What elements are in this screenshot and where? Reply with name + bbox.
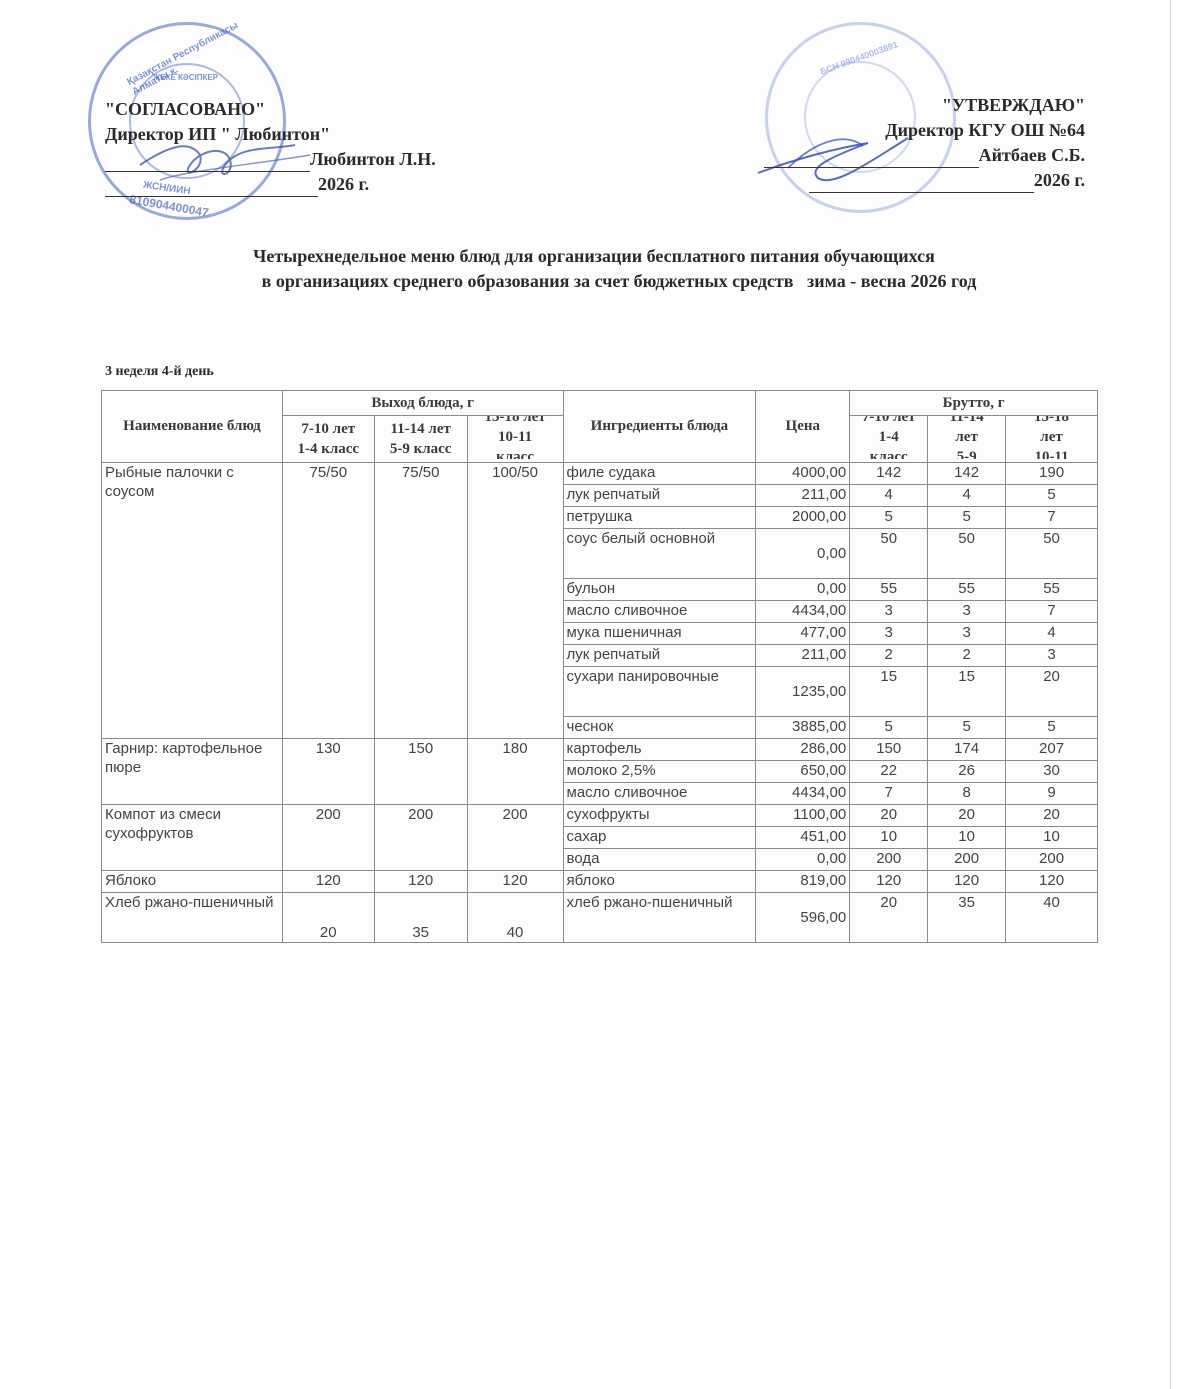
header-output-col-2: 11-14 лет5-9 класс <box>374 416 467 463</box>
ingredient-gross-2: 200 <box>928 849 1006 871</box>
ingredient-name: вода <box>563 849 756 871</box>
date-underline <box>105 178 318 197</box>
dish-output-3: 100/50 <box>467 463 563 739</box>
ingredient-gross-2: 142 <box>928 463 1006 485</box>
ingredient-gross-2: 174 <box>928 739 1006 761</box>
dish-output-3: 40 <box>467 893 563 943</box>
ingredient-gross-2: 5 <box>928 717 1006 739</box>
header-output-col-1: 7-10 лет1-4 класс <box>282 416 374 463</box>
dish-output-3: 180 <box>467 739 563 805</box>
ingredient-gross-1: 3 <box>850 623 928 645</box>
ingredient-gross-3: 40 <box>1006 893 1098 943</box>
ingredient-gross-3: 30 <box>1006 761 1098 783</box>
right-approval-name-line: Айтбаев С.Б. <box>764 143 1085 168</box>
ingredient-gross-2: 15 <box>928 667 1006 717</box>
ingredient-name: чеснок <box>563 717 756 739</box>
ingredient-gross-1: 4 <box>850 485 928 507</box>
ingredient-gross-3: 190 <box>1006 463 1098 485</box>
dish-output-1: 200 <box>282 805 374 871</box>
header-gross-col-3-text: 15-18лет10-11 <box>1009 416 1094 460</box>
ingredient-price: 819,00 <box>756 871 850 893</box>
header-line: 11-14 <box>931 416 1002 428</box>
left-approval-title: "СОГЛАСОВАНО" <box>105 97 436 122</box>
ingredient-name: сухофрукты <box>563 805 756 827</box>
ingredient-price: 477,00 <box>756 623 850 645</box>
header-line: 1-4 <box>853 427 924 447</box>
ingredient-price: 3885,00 <box>756 717 850 739</box>
header-price: Цена <box>756 391 850 463</box>
dish-output-3: 120 <box>467 871 563 893</box>
ingredient-name: петрушка <box>563 507 756 529</box>
ingredient-gross-1: 142 <box>850 463 928 485</box>
ingredient-gross-2: 3 <box>928 601 1006 623</box>
date-underline <box>809 174 1034 193</box>
header-line: 7-10 лет <box>286 419 371 439</box>
right-approval-position: Директор КГУ ОШ №64 <box>764 118 1085 143</box>
ingredient-gross-1: 150 <box>850 739 928 761</box>
ingredient-price: 4434,00 <box>756 783 850 805</box>
dish-output-2: 35 <box>374 893 467 943</box>
dish-name: Яблоко <box>102 871 283 893</box>
header-line: класс <box>853 447 924 459</box>
page-edge-line <box>1170 0 1171 1389</box>
signature-underline <box>764 149 979 168</box>
dish-output-2: 120 <box>374 871 467 893</box>
ingredient-gross-3: 4 <box>1006 623 1098 645</box>
dish-output-3: 200 <box>467 805 563 871</box>
ingredient-gross-1: 200 <box>850 849 928 871</box>
ingredient-gross-2: 20 <box>928 805 1006 827</box>
ingredient-name: картофель <box>563 739 756 761</box>
dish-name: Гарнир: картофельное пюре <box>102 739 283 805</box>
document-title: Четырехнедельное меню блюд для организац… <box>0 244 1178 294</box>
ingredient-gross-2: 2 <box>928 645 1006 667</box>
ingredient-gross-3: 3 <box>1006 645 1098 667</box>
right-approval-name: Айтбаев С.Б. <box>979 145 1085 165</box>
ingredient-name: лук репчатый <box>563 485 756 507</box>
ingredient-name: яблоко <box>563 871 756 893</box>
header-line: 10-11 <box>1009 447 1094 459</box>
ingredient-gross-3: 10 <box>1006 827 1098 849</box>
document-title-line-1: Четырехнедельное меню блюд для организац… <box>0 244 1178 269</box>
ingredient-gross-3: 7 <box>1006 601 1098 623</box>
header-dish-name: Наименование блюд <box>102 391 283 463</box>
ingredient-gross-1: 5 <box>850 717 928 739</box>
ingredient-name: бульон <box>563 579 756 601</box>
ingredient-name: лук репчатый <box>563 645 756 667</box>
header-line: 5-9 класс <box>378 439 464 459</box>
ingredient-name: молоко 2,5% <box>563 761 756 783</box>
left-approval-block: "СОГЛАСОВАНО" Директор ИП " Любинтон" Лю… <box>105 97 436 197</box>
dish-name: Хлеб ржано-пшеничный <box>102 893 283 943</box>
ingredient-gross-2: 8 <box>928 783 1006 805</box>
dish-output-1: 130 <box>282 739 374 805</box>
ingredient-gross-1: 7 <box>850 783 928 805</box>
ingredient-gross-3: 120 <box>1006 871 1098 893</box>
signature-underline <box>105 153 310 172</box>
right-approval-year-line: 2026 г. <box>764 168 1085 193</box>
ingredient-price: 1235,00 <box>756 667 850 717</box>
ingredient-gross-3: 55 <box>1006 579 1098 601</box>
header-line: 7-10 лет <box>853 416 924 428</box>
ingredient-price: 286,00 <box>756 739 850 761</box>
ingredient-price: 451,00 <box>756 827 850 849</box>
ingredient-gross-3: 50 <box>1006 529 1098 579</box>
header-gross-col-1: 7-10 лет1-4класс <box>850 416 928 463</box>
table-row: Яблоко120120120яблоко819,00120120120 <box>102 871 1098 893</box>
ingredient-gross-1: 20 <box>850 893 928 943</box>
ingredient-gross-3: 207 <box>1006 739 1098 761</box>
ingredient-name: филе судака <box>563 463 756 485</box>
ingredient-gross-2: 120 <box>928 871 1006 893</box>
ingredient-name: хлеб ржано-пшеничный <box>563 893 756 943</box>
ingredient-price: 0,00 <box>756 579 850 601</box>
dish-output-2: 200 <box>374 805 467 871</box>
table-row: Рыбные палочки с соусом75/5075/50100/50ф… <box>102 463 1098 485</box>
right-approval-year: 2026 г. <box>1034 170 1085 190</box>
header-gross-col-3: 15-18лет10-11 <box>1006 416 1098 463</box>
ingredient-name: масло сливочное <box>563 601 756 623</box>
ingredient-name: сухари панировочные <box>563 667 756 717</box>
ingredient-gross-3: 5 <box>1006 485 1098 507</box>
ingredient-gross-2: 5 <box>928 507 1006 529</box>
ingredient-price: 2000,00 <box>756 507 850 529</box>
header-output-col-1-text: 7-10 лет1-4 класс <box>286 419 371 459</box>
header-gross-col-1-text: 7-10 лет1-4класс <box>853 416 924 460</box>
table-row: Компот из смеси сухофруктов200200200сухо… <box>102 805 1098 827</box>
ingredient-gross-1: 3 <box>850 601 928 623</box>
left-approval-name-line: Любинтон Л.Н. <box>105 147 436 172</box>
ingredient-price: 211,00 <box>756 485 850 507</box>
ingredient-gross-3: 9 <box>1006 783 1098 805</box>
left-stamp-text-3: ЖЕКЕ КӘСІПКЕР <box>153 73 218 82</box>
header-output-col-3: 15-18 лет10-11класс <box>467 416 563 463</box>
header-line: 1-4 класс <box>286 439 371 459</box>
header-gross-col-2: 11-14лет5-9 <box>928 416 1006 463</box>
ingredient-gross-1: 5 <box>850 507 928 529</box>
ingredient-gross-3: 20 <box>1006 805 1098 827</box>
ingredient-name: соус белый основной <box>563 529 756 579</box>
ingredient-gross-2: 26 <box>928 761 1006 783</box>
ingredient-gross-2: 35 <box>928 893 1006 943</box>
dish-output-1: 20 <box>282 893 374 943</box>
dish-name: Компот из смеси сухофруктов <box>102 805 283 871</box>
header-ingredients: Ингредиенты блюда <box>563 391 756 463</box>
ingredient-price: 211,00 <box>756 645 850 667</box>
ingredient-gross-3: 20 <box>1006 667 1098 717</box>
ingredient-gross-2: 3 <box>928 623 1006 645</box>
dish-output-1: 120 <box>282 871 374 893</box>
ingredient-gross-1: 50 <box>850 529 928 579</box>
ingredient-price: 0,00 <box>756 849 850 871</box>
ingredient-name: мука пшеничная <box>563 623 756 645</box>
day-label: 3 неделя 4-й день <box>105 364 214 380</box>
ingredient-price: 1100,00 <box>756 805 850 827</box>
ingredient-price: 0,00 <box>756 529 850 579</box>
menu-table: Наименование блюд Выход блюда, г Ингреди… <box>101 390 1098 943</box>
ingredient-price: 4000,00 <box>756 463 850 485</box>
header-gross-group: Брутто, г <box>850 391 1098 416</box>
header-line: лет <box>931 427 1002 447</box>
ingredient-gross-1: 22 <box>850 761 928 783</box>
ingredient-gross-3: 200 <box>1006 849 1098 871</box>
header-line: 5-9 <box>931 447 1002 459</box>
dish-name: Рыбные палочки с соусом <box>102 463 283 739</box>
ingredient-gross-2: 10 <box>928 827 1006 849</box>
dish-output-1: 75/50 <box>282 463 374 739</box>
header-line: 15-18 лет <box>471 416 560 428</box>
ingredient-price: 4434,00 <box>756 601 850 623</box>
header-line: лет <box>1009 427 1094 447</box>
ingredient-gross-1: 55 <box>850 579 928 601</box>
dish-output-2: 150 <box>374 739 467 805</box>
ingredient-gross-2: 55 <box>928 579 1006 601</box>
ingredient-name: сахар <box>563 827 756 849</box>
left-approval-name: Любинтон Л.Н. <box>310 149 436 169</box>
header-line: 11-14 лет <box>378 419 464 439</box>
header-output-group: Выход блюда, г <box>282 391 563 416</box>
ingredient-price: 596,00 <box>756 893 850 943</box>
left-approval-position: Директор ИП " Любинтон" <box>105 122 436 147</box>
left-approval-year: 2026 г. <box>318 174 369 194</box>
ingredient-gross-1: 2 <box>850 645 928 667</box>
left-approval-year-line: 2026 г. <box>105 172 436 197</box>
document-title-line-2: в организациях среднего образования за с… <box>0 269 1178 294</box>
ingredient-gross-3: 7 <box>1006 507 1098 529</box>
header-gross-col-2-text: 11-14лет5-9 <box>931 416 1002 460</box>
table-row: Хлеб ржано-пшеничный203540хлеб ржано-пше… <box>102 893 1098 943</box>
ingredient-gross-1: 120 <box>850 871 928 893</box>
dish-output-2: 75/50 <box>374 463 467 739</box>
ingredient-gross-1: 20 <box>850 805 928 827</box>
ingredient-price: 650,00 <box>756 761 850 783</box>
header-line: 10-11 <box>471 427 560 447</box>
table-row: Гарнир: картофельное пюре130150180картоф… <box>102 739 1098 761</box>
ingredient-gross-2: 50 <box>928 529 1006 579</box>
ingredient-gross-2: 4 <box>928 485 1006 507</box>
right-approval-block: "УТВЕРЖДАЮ" Директор КГУ ОШ №64 Айтбаев … <box>764 93 1085 193</box>
header-line: класс <box>471 447 560 459</box>
header-output-col-2-text: 11-14 лет5-9 класс <box>378 419 464 459</box>
right-approval-title: "УТВЕРЖДАЮ" <box>764 93 1085 118</box>
ingredient-name: масло сливочное <box>563 783 756 805</box>
ingredient-gross-1: 15 <box>850 667 928 717</box>
ingredient-gross-1: 10 <box>850 827 928 849</box>
header-line: 15-18 <box>1009 416 1094 428</box>
ingredient-gross-3: 5 <box>1006 717 1098 739</box>
header-output-col-3-text: 15-18 лет10-11класс <box>471 416 560 460</box>
